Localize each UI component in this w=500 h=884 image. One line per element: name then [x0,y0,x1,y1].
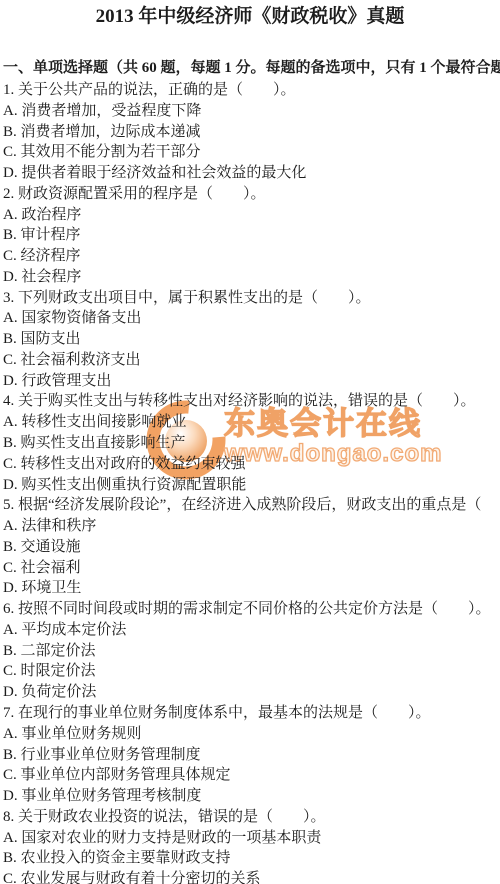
question-1-option-d: D. 提供者着眼于经济效益和社会效益的最大化 [0,163,500,184]
question-7-option-a: A. 事业单位财务规则 [0,724,500,745]
question-5-option-a: A. 法律和秩序 [0,516,500,537]
question-3-option-b: B. 国防支出 [0,329,500,350]
question-4-option-b: B. 购买性支出直接影响生产 [0,433,500,454]
question-6-option-a: A. 平均成本定价法 [0,620,500,641]
question-8-option-c: C. 农业发展与财政有着十分密切的关系 [0,869,500,884]
question-1-option-a: A. 消费者增加，受益程度下降 [0,101,500,122]
question-6-stem: 6. 按照不同时间段或时期的需求制定不同价格的公共定价方法是（ ）。 [0,599,500,620]
question-8-stem: 8. 关于财政农业投资的说法，错误的是（ ）。 [0,807,500,828]
question-3-option-d: D. 行政管理支出 [0,371,500,392]
question-2-stem: 2. 财政资源配置采用的程序是（ ）。 [0,184,500,205]
question-4-option-d: D. 购买性支出侧重执行资源配置职能 [0,475,500,496]
question-3-option-a: A. 国家物资储备支出 [0,308,500,329]
question-8-option-a: A. 国家对农业的财力支持是财政的一项基本职责 [0,828,500,849]
question-2-option-d: D. 社会程序 [0,267,500,288]
question-6-option-c: C. 时限定价法 [0,661,500,682]
question-5-option-b: B. 交通设施 [0,537,500,558]
question-4-option-c: C. 转移性支出对政府的效益约束较强 [0,454,500,475]
question-7-option-b: B. 行业事业单位财务管理制度 [0,745,500,766]
question-7-option-d: D. 事业单位财务管理考核制度 [0,786,500,807]
question-1-option-c: C. 其效用不能分割为若干部分 [0,142,500,163]
question-2-option-c: C. 经济程序 [0,246,500,267]
question-6-option-b: B. 二部定价法 [0,641,500,662]
question-8-option-b: B. 农业投入的资金主要靠财政支持 [0,848,500,869]
question-7-stem: 7. 在现行的事业单位财务制度体系中，最基本的法规是（ ）。 [0,703,500,724]
question-2-option-b: B. 审计程序 [0,225,500,246]
question-7-option-c: C. 事业单位内部财务管理具体规定 [0,765,500,786]
question-3-option-c: C. 社会福利救济支出 [0,350,500,371]
questions-container: 1. 关于公共产品的说法，正确的是（ ）。 A. 消费者增加，受益程度下降 B.… [0,80,500,884]
exam-document: 2013 年中级经济师《财政税收》真题 一、单项选择题（共 60 题，每题 1 … [0,4,500,884]
question-5-option-c: C. 社会福利 [0,558,500,579]
question-5-stem: 5. 根据“经济发展阶段论”，在经济进入成熟阶段后，财政支出的重点是（ ）。 [0,495,500,516]
question-4-option-a: A. 转移性支出间接影响就业 [0,412,500,433]
question-5-option-d: D. 环境卫生 [0,578,500,599]
question-6-option-d: D. 负荷定价法 [0,682,500,703]
question-2-option-a: A. 政治程序 [0,205,500,226]
question-1-stem: 1. 关于公共产品的说法，正确的是（ ）。 [0,80,500,101]
page-title: 2013 年中级经济师《财政税收》真题 [0,4,500,30]
question-3-stem: 3. 下列财政支出项目中，属于积累性支出的是（ ）。 [0,288,500,309]
question-4-stem: 4. 关于购买性支出与转移性支出对经济影响的说法，错误的是（ ）。 [0,391,500,412]
question-1-option-b: B. 消费者增加，边际成本递减 [0,122,500,143]
section-header: 一、单项选择题（共 60 题，每题 1 分。每题的备选项中，只有 1 个最符合题… [0,58,500,79]
